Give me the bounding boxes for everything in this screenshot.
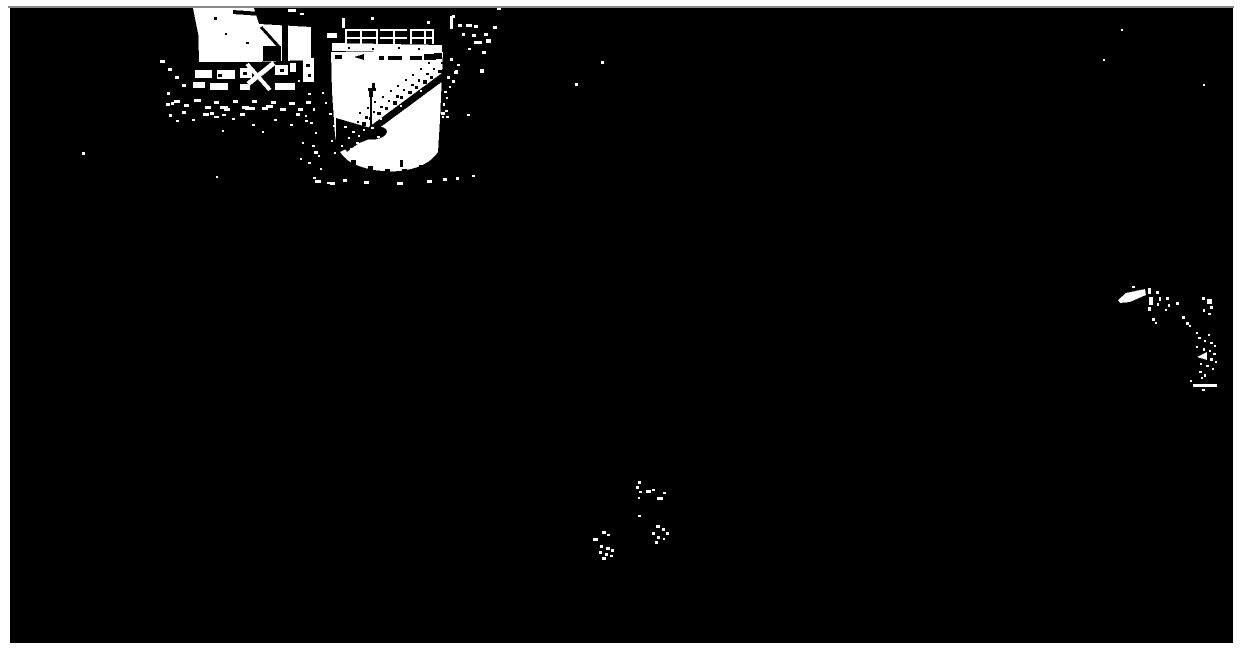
stair-speckle-dark-dot <box>418 79 420 82</box>
tank-right-speckles-dot <box>484 33 488 36</box>
stair-catchlight-specks-dot <box>371 127 374 129</box>
tank-bottom-bolts-dark-dot <box>432 159 436 164</box>
tank-left-speckles-dot <box>314 151 318 154</box>
tank-left-speckles-dot <box>310 122 313 124</box>
below-truss-specks-dot <box>305 120 308 122</box>
tank-body <box>331 52 443 171</box>
below-tank-dashes-dot <box>427 180 432 183</box>
tank-left-speckles-dot <box>302 142 304 144</box>
stair-speckle-dark-dot <box>357 121 359 123</box>
flare-streak-specks-dot <box>1159 297 1161 301</box>
stair-catchlight-specks-dot <box>377 136 380 138</box>
stair-catchlight-specks-dot <box>400 105 402 107</box>
ground-cluster-left-dot <box>605 553 608 556</box>
ground-cluster-small-dot <box>636 486 639 489</box>
stair-speckle-dark-dot <box>430 76 433 79</box>
ladder-dots-dot <box>1198 337 1201 339</box>
tank-right-speckles-dot <box>468 48 471 50</box>
tank-left-speckles-dot <box>333 125 336 127</box>
ground-cluster-left-dot <box>593 538 598 541</box>
flare-streak-specks-dot <box>1202 297 1205 300</box>
flare-streak-specks-dot <box>1182 316 1185 319</box>
stray-specks-dot <box>82 152 85 155</box>
tank-seam-dashes-dark-dot <box>335 55 342 59</box>
truss-left-support-dashes-dot <box>175 76 179 79</box>
truss-lower-dashes-dot <box>289 102 295 105</box>
ground-cluster-left-dot <box>600 545 603 548</box>
tank-bottom-bolts-dark-dot <box>419 165 424 170</box>
ground-cluster-right-dot <box>662 528 665 531</box>
truss-lower-dashes-dot <box>166 103 170 106</box>
below-tank-dashes-dot <box>330 182 335 185</box>
flare-streak-specks-dot <box>1155 322 1157 324</box>
tank-right-speckles-dot <box>486 39 491 43</box>
truss-left-support-dashes-dot <box>171 102 174 105</box>
below-truss-specks-dot <box>214 116 219 118</box>
ground-cluster-left-dot <box>607 534 610 536</box>
truss-left-support-dashes-dot <box>160 60 165 63</box>
stair-speckle-dark-dot <box>377 112 381 115</box>
flare-streak-specks-dot <box>1156 291 1159 294</box>
flare-streak-specks-dot <box>1176 302 1179 305</box>
ladder-dots-dot <box>1199 371 1202 373</box>
stair-speckle-dark-dot <box>367 107 369 109</box>
tank-left-speckles-dot <box>325 102 327 104</box>
below-tank-dashes-dot <box>397 182 403 185</box>
tank-left-speckles-dot <box>322 92 324 94</box>
below-truss-specks-dot <box>222 130 224 132</box>
ground-cluster-left-dot <box>602 557 606 560</box>
stair-catchlight-specks-dot <box>341 145 343 147</box>
tank-left-speckles-dot <box>327 182 330 184</box>
tank-roof-handrail-dot <box>411 29 433 31</box>
sky-pits-dark-dot <box>225 33 227 35</box>
flare-streak-specks-dot <box>1186 322 1189 325</box>
flare-streak-specks-dot <box>1210 306 1213 309</box>
truss-panels-dot <box>240 84 250 90</box>
truss-panels-dot <box>195 70 212 78</box>
tank-roof-handrail-dot <box>410 29 412 44</box>
tank-roof-handrail-dot <box>371 17 374 20</box>
tank-right-speckles-dot <box>472 34 476 37</box>
stair-speckle-dark-dot <box>446 64 449 67</box>
stair-speckle-dark-dot <box>403 89 405 91</box>
truss-lower-dashes-dot <box>240 113 245 116</box>
truss-pits-dark-dot <box>218 74 222 77</box>
stair-speckle-dark-dot <box>405 79 407 81</box>
stray-specks-dot <box>216 176 218 178</box>
tank-right-speckles-dot <box>482 51 486 54</box>
tank-roof-handrail-dot <box>424 29 426 44</box>
tank-band-pits-dark-dot <box>418 48 420 50</box>
stair-catchlight-specks-dot <box>443 103 445 106</box>
tank-band-pits-dark-dot <box>372 48 374 50</box>
below-truss-specks-dot <box>192 119 195 121</box>
flare-streak-specks-dot <box>1132 286 1135 288</box>
stair-speckle-dark-dot <box>438 70 442 73</box>
truss-panels-dot <box>193 82 205 88</box>
sky-pits-dark-dot <box>214 17 217 20</box>
stair-speckle-dark-dot <box>374 101 376 103</box>
tank-left-speckles-dot <box>312 145 315 147</box>
tank-bottom-bolts-dark-dot <box>368 166 373 172</box>
below-tank-dashes-dot <box>343 179 347 182</box>
stair-speckle-dark-dot <box>411 84 414 86</box>
stair-speckle-dark-dot <box>393 101 397 105</box>
truss-panels-dot <box>275 83 295 90</box>
stair-catchlight-specks-dot <box>420 90 422 92</box>
tank-right-speckles-dot <box>446 116 449 118</box>
ground-cluster-right-dot <box>656 525 660 528</box>
tank-bottom-bolts-dark-dot <box>402 169 407 174</box>
photo-frame <box>10 8 1233 643</box>
truss-lower-dashes-dot <box>182 111 186 114</box>
stray-specks-dot <box>288 9 296 12</box>
tank-roof-handrail-dot <box>327 33 337 38</box>
stair-speckle-dark-dot <box>365 116 368 119</box>
stair-catchlight-specks-dot <box>457 64 460 66</box>
stair-speckle-dark-dot <box>420 68 422 70</box>
truss-lower-dashes-dot <box>194 99 201 102</box>
tank-left-speckles-dot <box>305 115 307 117</box>
tank-seam-dashes-dark-dot <box>410 56 422 60</box>
tank-right-speckles-dot <box>474 41 482 44</box>
ladder-dots-dot <box>1208 334 1210 336</box>
tank-seam-dashes-dark-dot <box>379 56 384 60</box>
binarized-photo <box>0 0 1240 655</box>
ladder-base-specks-dot <box>1202 389 1205 391</box>
stray-specks-dot <box>1121 29 1123 31</box>
tank-roof-handrail-dot <box>411 37 433 39</box>
below-tank-dashes-dot <box>456 177 459 180</box>
stair-speckle-dark-dot <box>382 96 384 98</box>
truss-left-support-dashes-dot <box>167 92 170 95</box>
flare-streak-specks-dot <box>1149 297 1153 305</box>
stair-stanchion-dark-dot <box>369 91 373 97</box>
stair-catchlight-specks-dot <box>445 110 448 112</box>
below-truss-specks-dot <box>274 119 277 121</box>
ground-cluster-left-dot <box>606 547 610 550</box>
ladder-dots-dot <box>1212 368 1214 370</box>
stair-speckle-dark-dot <box>396 95 399 98</box>
stair-catchlight-specks-dot <box>352 131 355 133</box>
flare-streak-specks-dot <box>1207 299 1212 304</box>
tank-seam-dashes-dark-dot <box>434 53 442 59</box>
stair-speckle-dark-dot <box>426 73 429 75</box>
truss-pits-dark-dot <box>243 72 247 75</box>
stair-speckle-dark-dot <box>423 80 427 84</box>
tank-right-speckles-dot <box>441 112 445 115</box>
stair-speckle-dark-dot <box>390 90 392 92</box>
stair-speckle-dark-dot <box>362 122 366 126</box>
ladder-base-specks-dot <box>1190 380 1192 382</box>
stair-catchlight-specks-dot <box>444 91 447 93</box>
tank-bottom-bolts-dark-dot <box>385 169 390 174</box>
tank-right-speckles-dot <box>497 8 501 10</box>
screenshot-root <box>0 0 1240 655</box>
tank-left-speckles-dot <box>315 132 317 134</box>
sky-pits-dark-dot <box>270 18 272 20</box>
tank-left-speckles-dot <box>300 158 302 160</box>
below-tank-dashes-dot <box>315 180 321 183</box>
flare-streak-specks-dot <box>1203 309 1205 312</box>
truss-panels-dot <box>303 58 314 82</box>
ladder-dots-dot <box>1203 348 1205 351</box>
stair-speckle-dark-dot <box>415 86 418 89</box>
stair-catchlight-specks-dot <box>358 135 360 137</box>
stair-speckle-dark-dot <box>428 62 430 64</box>
tank-roof-handrail-dot <box>345 29 347 44</box>
tank-right-speckles-dot <box>450 58 453 61</box>
tank-right-speckles-dot <box>462 33 465 36</box>
truss-lower-dashes-dot <box>220 106 228 109</box>
tank-seam-dashes-dark-dot <box>388 56 402 60</box>
truss-pits-dark-dot <box>306 64 310 67</box>
ladder-dots-dot <box>1210 358 1213 361</box>
below-tank-dashes-dot <box>472 175 475 177</box>
tank-bottom-bolts-dark-dot <box>351 160 356 166</box>
stair-catchlight-specks-dot <box>449 86 451 88</box>
below-truss-specks-dot <box>262 131 264 133</box>
flare-streak-specks-dot <box>1148 307 1151 311</box>
flare-streak-specks-dot <box>1152 318 1155 321</box>
stair-stanchion-dark-dot <box>372 83 375 90</box>
tank-roof-handrail-dot <box>376 29 378 44</box>
truss-panels-dot <box>290 63 296 72</box>
ladder-dots-dot <box>1209 350 1211 352</box>
truss-lower-dashes-dot <box>306 101 311 104</box>
truss-left-support-dashes-dot <box>169 114 172 117</box>
truss-lower-dashes-dot <box>184 104 189 107</box>
stair-catchlight-specks-dot <box>344 126 347 128</box>
ground-cluster-right-dot <box>666 532 669 535</box>
stair-catchlight-specks-dot <box>446 97 448 99</box>
tank-right-speckles-dot <box>450 16 453 29</box>
truss-left-support-dashes-dot <box>182 84 186 87</box>
stair-speckle-dark-dot <box>388 100 390 102</box>
flare-streak-specks-dot <box>1157 303 1159 306</box>
ladder-dots-dot <box>1215 361 1217 363</box>
ladder-dots-dot <box>1213 353 1216 355</box>
tank-left-speckles-dot <box>313 108 315 111</box>
stair-speckle-dark-dot <box>433 68 435 70</box>
tank-bottom-bolts-dark-dot <box>400 160 403 167</box>
flare-streak-specks-dot <box>1165 309 1167 311</box>
truss-lower-dashes-dot <box>280 108 286 111</box>
below-tank-dashes-dot <box>443 178 447 181</box>
stair-speckle-dark-dot <box>373 111 375 113</box>
truss-lower-dashes-dot <box>298 108 303 111</box>
tank-left-speckles-dot <box>331 140 333 142</box>
ladder-dots-dot <box>1196 332 1198 334</box>
ground-cluster-left-dot <box>611 549 614 552</box>
truss-panels-dot <box>210 83 228 90</box>
truss-lower-dashes-dot <box>266 105 273 108</box>
ladder-dots-dot <box>1204 340 1206 342</box>
sky-pole-dark <box>282 13 288 61</box>
tank-right-speckles-dot <box>466 24 472 27</box>
tank-left-speckles-dot <box>329 113 332 115</box>
tank-roof-handrail-dot <box>393 29 395 44</box>
tank-right-speckles-dot <box>480 69 484 73</box>
stray-specks-dot <box>1203 84 1205 86</box>
tank-left-speckles-dot <box>334 152 336 154</box>
ground-cluster-small-dot <box>638 515 641 517</box>
stair-speckle-dark-dot <box>380 106 383 108</box>
tank-roof-handrail-dot <box>432 29 434 44</box>
stray-specks-dot <box>300 13 304 15</box>
ground-cluster-small-dot <box>663 492 666 494</box>
ground-cluster-small-dot <box>638 481 641 484</box>
ground-cluster-left-dot <box>599 551 602 554</box>
tank-right-speckles-dot <box>474 25 478 28</box>
tank-left-speckles-dot <box>313 177 316 179</box>
truss-lower-dashes-dot <box>252 100 257 103</box>
flare-streak-specks-dot <box>1148 288 1151 294</box>
ground-cluster-small-dot <box>638 497 640 499</box>
stair-speckle-dark-dot <box>385 107 388 110</box>
stair-stanchion-dark-dot <box>370 97 372 128</box>
ground-cluster-right-dot <box>652 532 655 535</box>
flare-streak-specks-dot <box>1208 313 1211 315</box>
stray-specks-dot <box>601 61 604 64</box>
ground-cluster-small-dot <box>639 491 642 493</box>
stair-catchlight-specks-dot <box>380 118 382 120</box>
ladder-base-line <box>1193 384 1217 387</box>
truss-lower-dashes-dot <box>214 101 219 104</box>
ground-cluster-right-dot <box>655 541 658 544</box>
truss-lower-dashes-dot <box>296 113 300 116</box>
stair-speckle-dark-dot <box>412 74 414 76</box>
truss-pits-dark-dot <box>308 74 311 77</box>
tank-left-speckles-dot <box>320 168 322 170</box>
stray-specks-dot <box>575 83 578 86</box>
tank-roof-handrail-dot <box>427 21 430 24</box>
ladder-dots-dot <box>1201 377 1203 379</box>
truss-left-support-dashes-dot <box>168 68 172 71</box>
stair-catchlight-specks-dot <box>452 80 455 83</box>
below-truss-specks-dot <box>222 114 226 116</box>
tank-left-speckles-dot <box>298 80 300 82</box>
flare-streak-specks-dot <box>1168 304 1170 307</box>
ladder-dots-dot <box>1200 363 1202 365</box>
ground-cluster-right-dot <box>657 536 660 539</box>
ladder-dots-dot <box>1206 365 1209 367</box>
tank-band-pits-dark-dot <box>348 47 350 49</box>
tank-left-speckles-dot <box>308 162 311 164</box>
stair-speckle-dark-dot <box>400 96 403 99</box>
stair-speckle-dark-dot <box>359 112 361 114</box>
truss-lower-dashes-dot <box>271 101 276 104</box>
stair-catchlight-specks-dot <box>447 76 450 79</box>
sky-pits-dark-dot <box>246 42 249 44</box>
below-truss-specks-dot <box>290 124 293 126</box>
below-truss-specks-dot <box>252 124 255 126</box>
stair-catchlight-specks-dot <box>348 137 350 139</box>
ladder-dots-dot <box>1214 345 1216 347</box>
tank-right-speckles-dot <box>458 24 462 27</box>
tank-band-pits-dark-dot <box>398 47 400 49</box>
stair-speckle-dark-dot <box>397 85 399 87</box>
stair-catchlight-specks-dot <box>356 142 359 144</box>
tank-right-speckles-dot <box>454 71 458 74</box>
ground-cluster-small-dot <box>652 489 655 491</box>
ladder-dots-dot <box>1210 342 1213 344</box>
stair-speckle-dark-dot <box>408 91 412 94</box>
truss-pits-dark-dot <box>280 69 284 72</box>
ladder-dots-dot <box>1196 346 1198 348</box>
tank-roof-handrail-dot <box>342 18 345 28</box>
flare-streak-specks-dot <box>1166 297 1169 300</box>
photo-top-edge <box>8 6 1234 8</box>
truss-lower-dashes-dot <box>174 100 180 103</box>
below-tank-dashes-dot <box>364 181 369 184</box>
tank-right-speckles-dot <box>467 114 470 116</box>
stair-catchlight-specks-dot <box>363 129 365 131</box>
tank-right-speckles-dot <box>493 26 497 29</box>
ground-cluster-left-dot <box>610 555 613 557</box>
truss-lower-dashes-dot <box>205 106 211 109</box>
ground-cluster-left-dot <box>602 531 606 534</box>
ground-cluster-right-dot <box>663 538 665 540</box>
stair-speckle-dark-dot <box>441 62 444 64</box>
below-truss-specks-dot <box>203 113 209 116</box>
ground-cluster-small-dot <box>646 490 651 493</box>
truss-lower-dashes-dot <box>233 100 238 103</box>
stair-catchlight-specks-dot <box>350 148 353 150</box>
tank-left-speckles-dot <box>318 155 320 157</box>
tank-roof-handrail-dot <box>360 29 362 44</box>
truss-lower-dashes-dot <box>210 112 214 115</box>
stray-specks-dot <box>1103 59 1105 61</box>
flare-streak-specks-dot <box>1189 325 1191 327</box>
stair-catchlight-specks-dot <box>442 116 444 118</box>
ladder-dots-dot <box>1204 374 1206 377</box>
truss-lower-dashes-dot <box>245 107 255 110</box>
ground-cluster-small-dot <box>657 497 663 500</box>
below-truss-specks-dot <box>232 118 235 120</box>
truss-left-support-dashes-dot <box>176 120 179 122</box>
tank-left-speckles-dot <box>308 93 311 95</box>
